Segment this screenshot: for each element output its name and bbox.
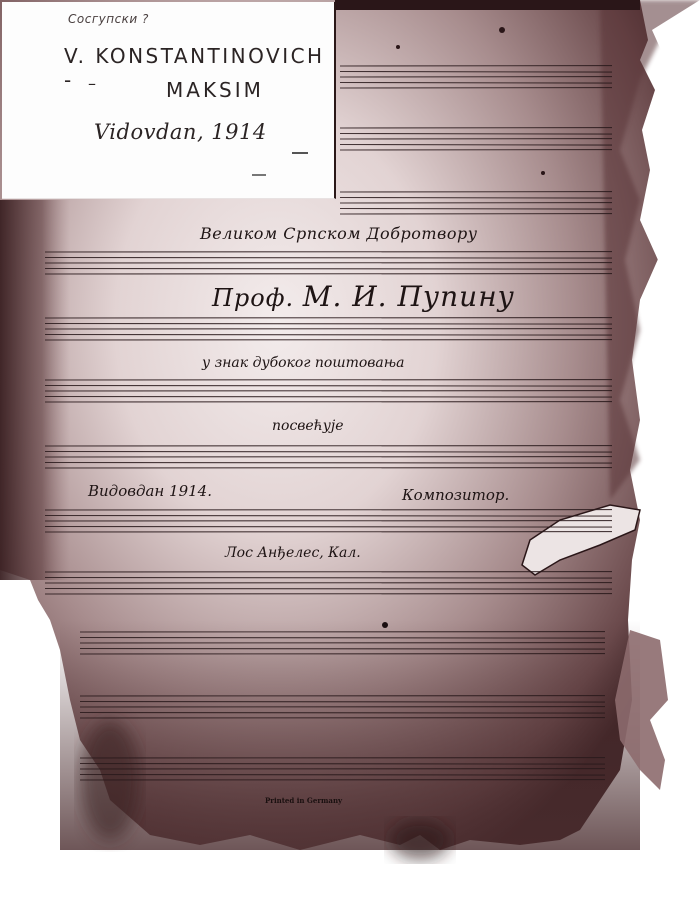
recipient-title: Проф. (212, 284, 294, 312)
label-composer-given-name: MAKSIM (166, 78, 264, 102)
dedication-line-3: у знак дубоког поштовања (202, 355, 404, 371)
label-place-date: Vidovdan, 1914 (94, 120, 267, 144)
manuscript-page: Сосгупски ? V. KONSTANTINOVICH - – MAKSI… (0, 0, 700, 905)
label-mark (292, 152, 308, 154)
recipient-name: М. И. Пупину (303, 280, 515, 313)
label-dash: – (88, 74, 96, 93)
label-mark (252, 174, 266, 176)
label-note: Сосгупски ? (68, 12, 149, 26)
dedication-date: Видовдан 1914. (88, 482, 212, 500)
catalog-label-card: Сосгупски ? V. KONSTANTINOVICH - – MAKSI… (2, 2, 336, 199)
dedication-recipient: Проф. М. И. Пупину (212, 280, 515, 313)
dedication-place: Лос Анђелес, Кал. (225, 545, 361, 561)
dedication-line-1: Великом Српском Добротвору (200, 224, 477, 243)
dedication-line-4: посвећује (272, 418, 343, 434)
dedication-signature-role: Композитор. (402, 486, 509, 504)
printer-mark: Printed in Germany (265, 796, 342, 805)
